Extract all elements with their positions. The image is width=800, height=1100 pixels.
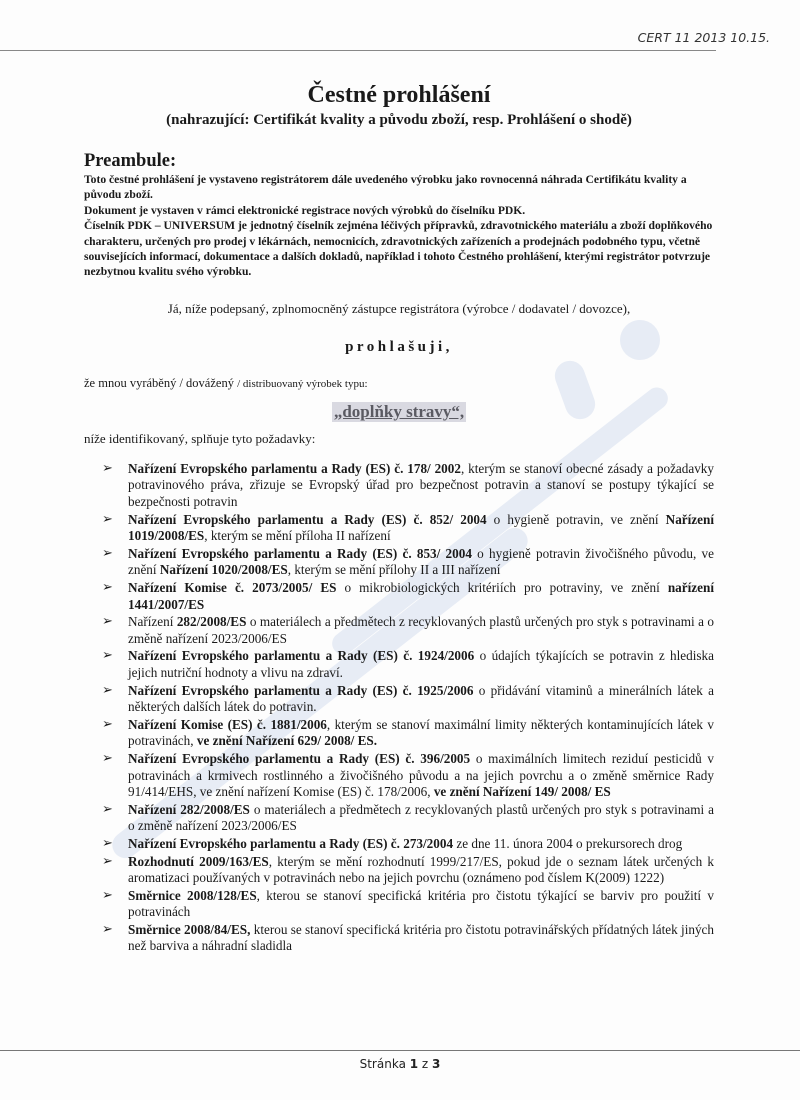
requirement-item: ➢Nařízení Evropského parlamentu a Rady (… (92, 751, 714, 801)
preamble-paragraph: Číselník PDK – UNIVERSUM je jednotný čís… (84, 218, 714, 280)
arrow-right-icon: ➢ (102, 614, 113, 631)
page-separator: z (418, 1057, 432, 1071)
page-prefix: Stránka (360, 1057, 410, 1071)
requirement-item: ➢Nařízení 282/2008/ES o materiálech a př… (92, 614, 714, 647)
requirement-item: ➢Nařízení Evropského parlamentu a Rady (… (92, 546, 714, 579)
preamble-heading: Preambule: (84, 150, 714, 172)
product-type-wrap: „doplňky stravy“, (84, 402, 714, 422)
requirement-amendment: ve znění Nařízení 629/ 2008/ ES. (197, 733, 377, 748)
current-page: 1 (410, 1057, 418, 1071)
requirement-amendment: ve znění Nařízení 149/ 2008/ ES (434, 784, 611, 799)
arrow-right-icon: ➢ (102, 802, 113, 819)
product-type: „doplňky stravy“, (332, 402, 466, 422)
arrow-right-icon: ➢ (102, 546, 113, 563)
requirement-description-tail: , kterým se mění přílohy II a III naříze… (288, 562, 501, 577)
type-line-main: že mnou vyráběný / dovážený (84, 376, 237, 390)
total-pages: 3 (432, 1057, 440, 1071)
type-line-small: / distribuovaný výrobek typu: (237, 378, 367, 390)
requirement-regulation: Nařízení 282/2008/ES (128, 802, 250, 817)
arrow-right-icon: ➢ (102, 648, 113, 665)
requirement-description: ze dne 11. února 2004 o prekursorech dro… (453, 836, 682, 851)
requirement-regulation: Rozhodnutí 2009/163/ES (128, 854, 269, 869)
requirement-regulation: Nařízení Evropského parlamentu a Rady (E… (128, 512, 487, 527)
requirement-item: ➢Nařízení Evropského parlamentu a Rady (… (92, 648, 714, 681)
requirement-item: ➢Směrnice 2008/128/ES, kterou se stanoví… (92, 888, 714, 921)
product-type-line: že mnou vyráběný / dovážený / distribuov… (84, 375, 714, 392)
requirement-item: ➢Nařízení Evropského parlamentu a Rady (… (92, 461, 714, 511)
document-title: Čestné prohlášení (84, 80, 714, 110)
requirement-regulation: Nařízení Evropského parlamentu a Rady (E… (128, 546, 472, 561)
requirement-regulation: 282/2008/ES (177, 614, 247, 629)
requirement-item: ➢Nařízení Evropského parlamentu a Rady (… (92, 512, 714, 545)
requirement-item: ➢Rozhodnutí 2009/163/ES, kterým se mění … (92, 854, 714, 887)
requirement-regulation: Nařízení Evropského parlamentu a Rady (E… (128, 683, 473, 698)
arrow-right-icon: ➢ (102, 683, 113, 700)
document-subtitle: (nahrazující: Certifikát kvality a původ… (84, 110, 714, 130)
preamble-paragraph: Dokument je vystaven v rámci elektronick… (84, 203, 714, 218)
requirement-item: ➢Nařízení 282/2008/ES o materiálech a př… (92, 802, 714, 835)
arrow-right-icon: ➢ (102, 836, 113, 853)
requirements-list: ➢Nařízení Evropského parlamentu a Rady (… (84, 461, 714, 955)
preamble-paragraph: Toto čestné prohlášení je vystaveno regi… (84, 172, 714, 203)
requirement-regulation: Nařízení Evropského parlamentu a Rady (E… (128, 648, 474, 663)
arrow-right-icon: ➢ (102, 922, 113, 939)
requirement-item: ➢Směrnice 2008/84/ES, kterou se stanoví … (92, 922, 714, 955)
declaration-verb: prohlašuji, (84, 337, 714, 357)
document-body: Čestné prohlášení (nahrazující: Certifik… (84, 80, 714, 956)
arrow-right-icon: ➢ (102, 751, 113, 768)
requirement-regulation: Nařízení Evropského parlamentu a Rady (E… (128, 751, 470, 766)
requirement-regulation: Směrnice 2008/84/ES, (128, 922, 250, 937)
requirement-description-tail: , kterým se mění příloha II nařízení (204, 528, 390, 543)
footer-divider (0, 1050, 800, 1051)
requirements-intro: níže identifikovaný, splňuje tyto požada… (84, 430, 714, 447)
arrow-right-icon: ➢ (102, 854, 113, 871)
arrow-right-icon: ➢ (102, 580, 113, 597)
arrow-right-icon: ➢ (102, 461, 113, 478)
requirement-description: o mikrobiologických kritériích pro potra… (336, 580, 667, 595)
declaration-intro: Já, níže podepsaný, zplnomocněný zástupc… (84, 300, 714, 317)
requirement-item: ➢Nařízení Evropského parlamentu a Rady (… (92, 683, 714, 716)
requirement-regulation: Směrnice 2008/128/ES (128, 888, 257, 903)
requirement-amendment: Nařízení 1020/2008/ES (160, 562, 288, 577)
requirement-item: ➢Nařízení Komise č. 2073/2005/ ES o mikr… (92, 580, 714, 613)
header-divider (0, 50, 716, 51)
requirement-regulation: Nařízení Evropského parlamentu a Rady (E… (128, 461, 461, 476)
arrow-right-icon: ➢ (102, 512, 113, 529)
arrow-right-icon: ➢ (102, 888, 113, 905)
requirement-regulation: Nařízení Komise (ES) č. 1881/2006 (128, 717, 327, 732)
requirement-description: o hygieně potravin, ve znění (487, 512, 666, 527)
requirement-prefix: Nařízení (128, 614, 177, 629)
requirement-regulation: Nařízení Evropského parlamentu a Rady (E… (128, 836, 453, 851)
arrow-right-icon: ➢ (102, 717, 113, 734)
requirement-item: ➢Nařízení Evropského parlamentu a Rady (… (92, 836, 714, 853)
document-reference: CERT 11 2013 10.15. (638, 30, 770, 45)
requirement-item: ➢Nařízení Komise (ES) č. 1881/2006, kter… (92, 717, 714, 750)
page-footer: Stránka 1 z 3 (0, 1057, 800, 1071)
requirement-regulation: Nařízení Komise č. 2073/2005/ ES (128, 580, 336, 595)
